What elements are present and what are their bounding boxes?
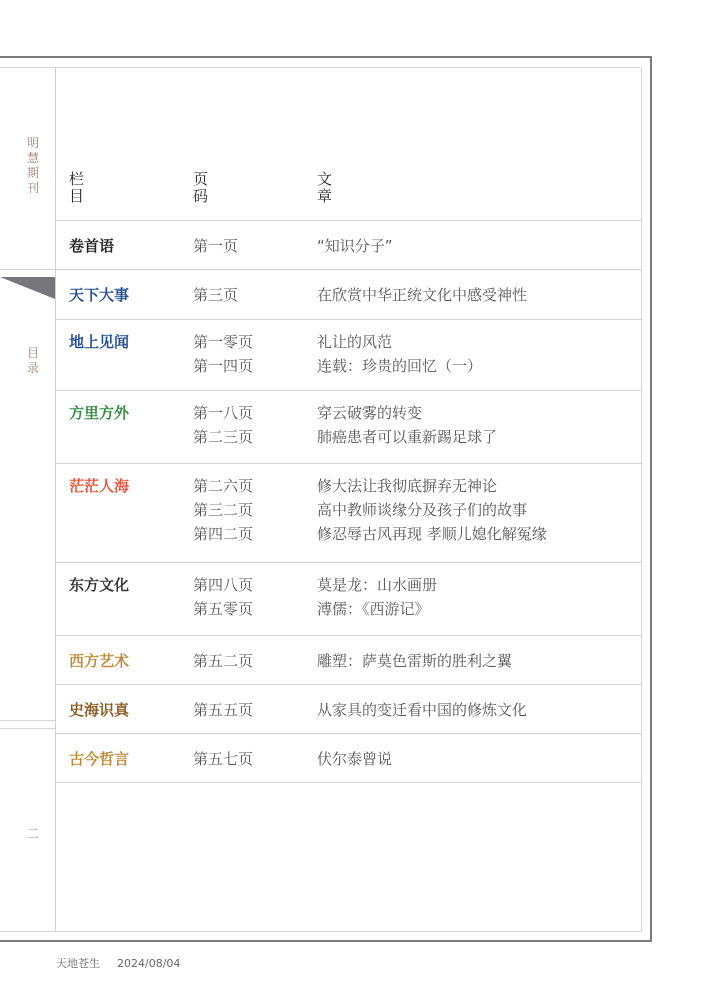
table-row: 方里方外第一八页第二三页穿云破雾的转变肺癌患者可以重新踢足球了 — [56, 391, 641, 464]
category-text: 天下大事 — [69, 283, 129, 307]
article-list: 莫是龙：山水画册溥儒：《西游记》 — [317, 573, 437, 621]
category-label: 方里方外 — [69, 401, 129, 425]
category-label: 史海识真 — [69, 698, 129, 722]
page-ref: 第一四页 — [193, 354, 253, 378]
footer-date: 2024/08/04 — [117, 957, 180, 970]
article-list: 礼让的风范连载：珍贵的回忆（一） — [317, 330, 482, 378]
page-ref: 第五二页 — [193, 649, 253, 673]
category-text: 古今哲言 — [69, 747, 129, 771]
footer: 天地苍生 2024/08/04 — [56, 955, 180, 971]
magazine-title: 明慧期刊 — [25, 136, 41, 196]
article-list: 在欣赏中华正统文化中感受神性 — [317, 283, 527, 307]
article-link[interactable]: 肺癌患者可以重新踢足球了 — [317, 425, 497, 449]
article-link[interactable]: 高中教师谈缘分及孩子们的故事 — [317, 498, 547, 522]
article-link[interactable]: 莫是龙：山水画册 — [317, 573, 437, 597]
article-list: 修大法让我彻底摒弃无神论高中教师谈缘分及孩子们的故事修忍辱古风再现 孝顺儿媳化解… — [317, 474, 547, 546]
category-label: 卷首语 — [69, 234, 114, 258]
page-ref: 第一八页 — [193, 401, 253, 425]
category-label: 天下大事 — [69, 283, 129, 307]
header-article: 文章 — [317, 171, 333, 205]
table-row: 东方文化第四八页第五零页莫是龙：山水画册溥儒：《西游记》 — [56, 563, 641, 636]
article-link[interactable]: 修忍辱古风再现 孝顺儿媳化解冤缘 — [317, 522, 547, 546]
page-ref: 第三二页 — [193, 498, 253, 522]
page-ref: 第五零页 — [193, 597, 253, 621]
article-list: “知识分子” — [317, 234, 393, 258]
article-list: 雕塑：萨莫色雷斯的胜利之翼 — [317, 649, 512, 673]
article-link[interactable]: 修大法让我彻底摒弃无神论 — [317, 474, 547, 498]
article-list: 穿云破雾的转变肺癌患者可以重新踢足球了 — [317, 401, 497, 449]
page-list: 第五七页 — [193, 747, 253, 771]
footer-publication: 天地苍生 — [56, 957, 100, 970]
article-link[interactable]: 穿云破雾的转变 — [317, 401, 497, 425]
section-marker-triangle — [0, 277, 55, 299]
category-label: 东方文化 — [69, 573, 129, 597]
page-list: 第一八页第二三页 — [193, 401, 253, 449]
category-label: 地上见闻 — [69, 330, 129, 354]
article-list: 伏尔泰曾说 — [317, 747, 392, 771]
category-label: 古今哲言 — [69, 747, 129, 771]
sidebar-divider-line — [0, 720, 55, 721]
article-link[interactable]: 雕塑：萨莫色雷斯的胜利之翼 — [317, 649, 512, 673]
article-link[interactable]: 从家具的变迁看中国的修炼文化 — [317, 698, 527, 722]
category-text: 茫茫人海 — [69, 474, 129, 498]
page-number: 二 — [26, 823, 39, 842]
table-row: 史海识真第五五页从家具的变迁看中国的修炼文化 — [56, 685, 641, 734]
page-ref: 第三页 — [193, 283, 238, 307]
page-list: 第三页 — [193, 283, 238, 307]
table-row: 天下大事第三页在欣赏中华正统文化中感受神性 — [56, 270, 641, 320]
category-text: 史海识真 — [69, 698, 129, 722]
header-page: 页码 — [193, 171, 209, 205]
page-ref: 第二三页 — [193, 425, 253, 449]
article-link[interactable]: 溥儒：《西游记》 — [317, 597, 437, 621]
page-list: 第四八页第五零页 — [193, 573, 253, 621]
page-list: 第二六页第三二页第四二页 — [193, 474, 253, 546]
table-of-contents: 栏目 页码 文章 卷首语第一页“知识分子”天下大事第三页在欣赏中华正统文化中感受… — [56, 68, 641, 783]
article-list: 从家具的变迁看中国的修炼文化 — [317, 698, 527, 722]
page-list: 第五五页 — [193, 698, 253, 722]
category-label: 茫茫人海 — [69, 474, 129, 498]
category-text: 西方艺术 — [69, 649, 129, 673]
article-link[interactable]: “知识分子” — [317, 234, 393, 258]
header-column: 栏目 — [69, 171, 85, 205]
article-link[interactable]: 连载：珍贵的回忆（一） — [317, 354, 482, 378]
article-link[interactable]: 伏尔泰曾说 — [317, 747, 392, 771]
page-ref: 第一页 — [193, 234, 238, 258]
category-text: 地上见闻 — [69, 330, 129, 354]
sidebar-divider-line — [0, 269, 55, 270]
category-text: 卷首语 — [69, 234, 114, 258]
page-ref: 第五五页 — [193, 698, 253, 722]
table-row: 茫茫人海第二六页第三二页第四二页修大法让我彻底摒弃无神论高中教师谈缘分及孩子们的… — [56, 464, 641, 563]
page-list: 第一零页第一四页 — [193, 330, 253, 378]
table-header: 栏目 页码 文章 — [56, 68, 641, 221]
page-ref: 第二六页 — [193, 474, 253, 498]
category-text: 东方文化 — [69, 573, 129, 597]
page-ref: 第五七页 — [193, 747, 253, 771]
table-row: 西方艺术第五二页雕塑：萨莫色雷斯的胜利之翼 — [56, 636, 641, 685]
sidebar-divider-line — [0, 728, 55, 729]
page-ref: 第四八页 — [193, 573, 253, 597]
page-list: 第一页 — [193, 234, 238, 258]
page-ref: 第一零页 — [193, 330, 253, 354]
table-row: 地上见闻第一零页第一四页礼让的风范连载：珍贵的回忆（一） — [56, 320, 641, 391]
category-label: 西方艺术 — [69, 649, 129, 673]
table-row: 古今哲言第五七页伏尔泰曾说 — [56, 734, 641, 783]
section-label-toc: 目录 — [25, 346, 41, 376]
page-ref: 第四二页 — [193, 522, 253, 546]
category-text: 方里方外 — [69, 401, 129, 425]
table-row: 卷首语第一页“知识分子” — [56, 221, 641, 270]
article-link[interactable]: 礼让的风范 — [317, 330, 482, 354]
sidebar — [0, 68, 55, 931]
page-list: 第五二页 — [193, 649, 253, 673]
table-body: 卷首语第一页“知识分子”天下大事第三页在欣赏中华正统文化中感受神性地上见闻第一零… — [56, 221, 641, 783]
article-link[interactable]: 在欣赏中华正统文化中感受神性 — [317, 283, 527, 307]
